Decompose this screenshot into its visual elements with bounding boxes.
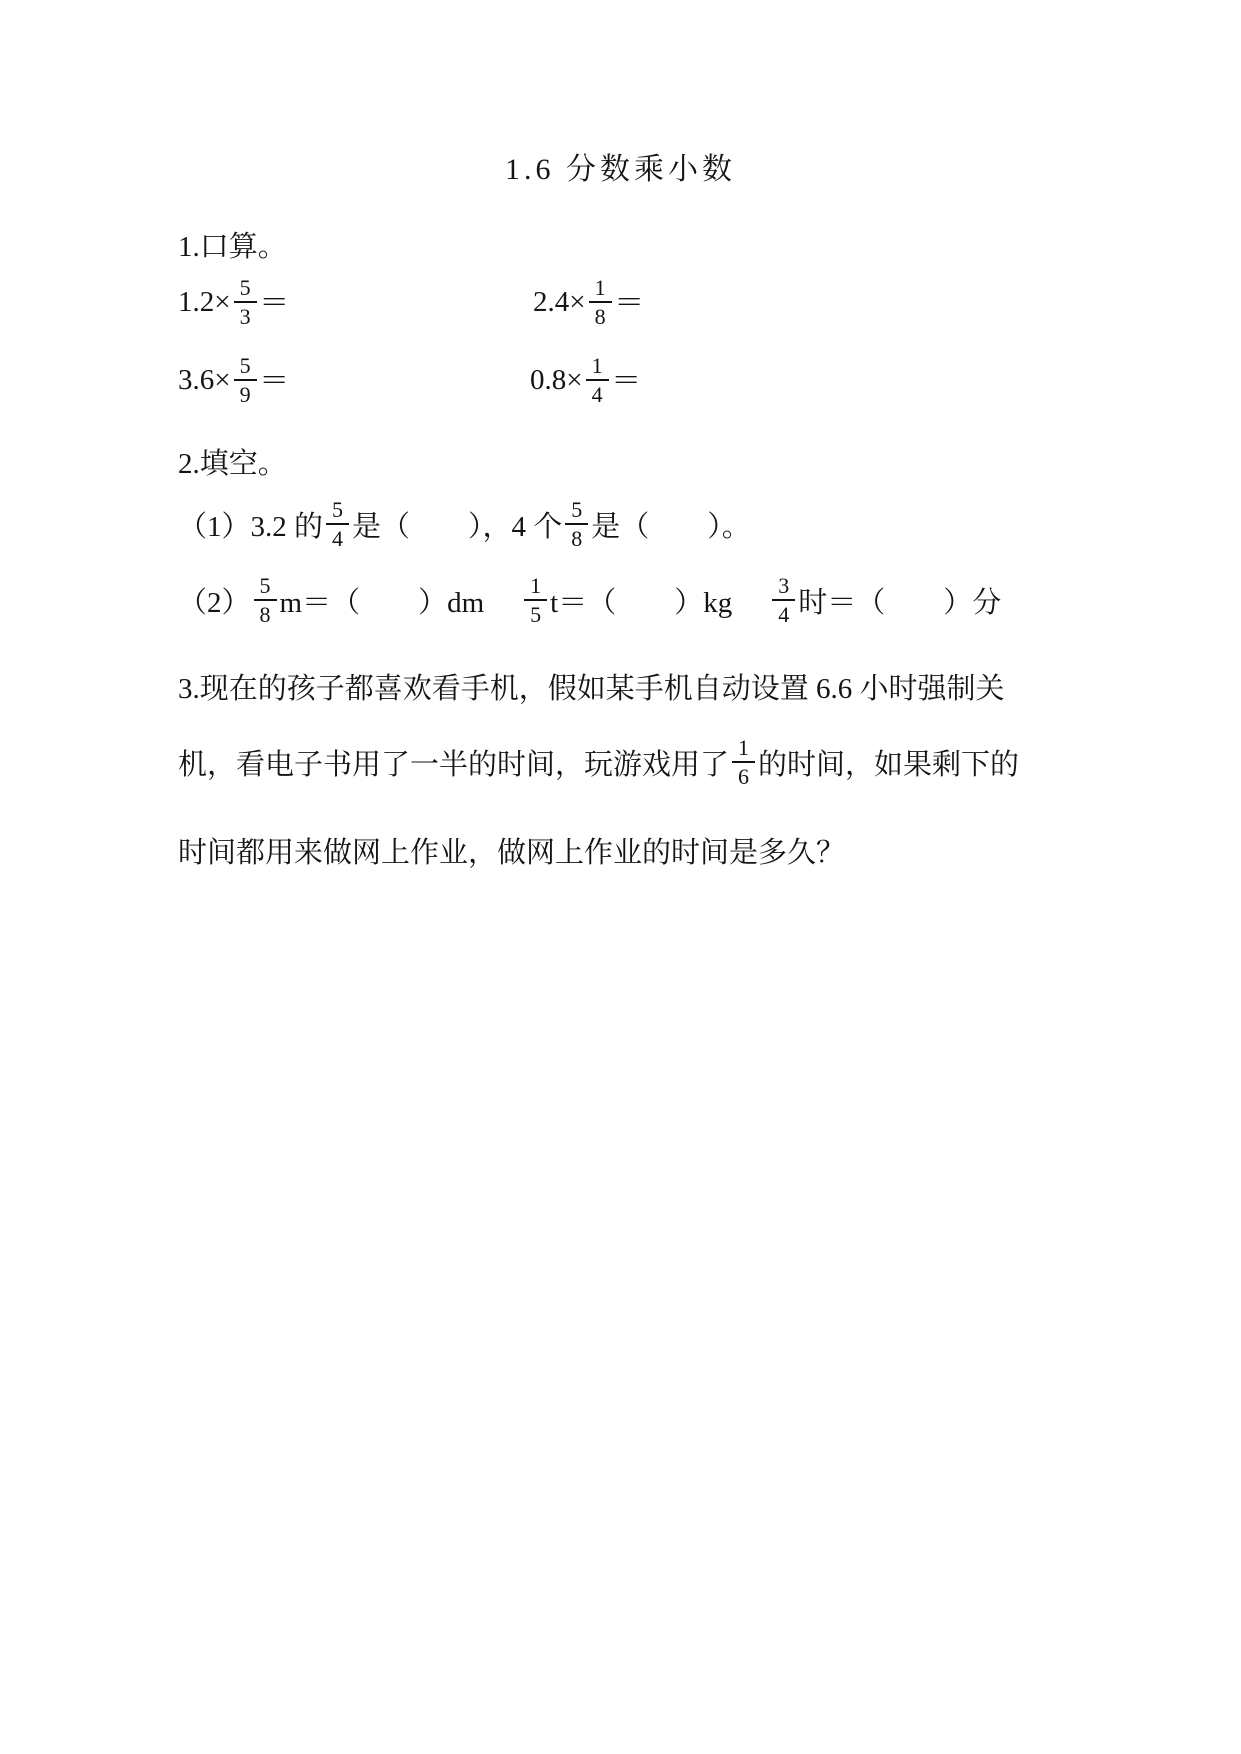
worksheet-page: 1.6 分数乘小数 1.口算。 1.2× 5 3 = 2.4× 1 8 = 3.… [0, 0, 1241, 1754]
fraction-numerator: 5 [565, 498, 588, 525]
equals-sign: = [613, 364, 638, 397]
q1-equation-2-operand: 2.4× [533, 286, 586, 319]
fraction-numerator: 1 [589, 276, 612, 303]
fraction-denominator: 5 [530, 601, 541, 626]
fraction-numerator: 5 [234, 276, 257, 303]
fraction-denominator: 6 [738, 763, 749, 788]
fraction-numerator: 5 [254, 574, 277, 601]
q2-2-blank-kg: t＝（ ）kg [550, 580, 732, 621]
q3-line-2-pre: 机，看电子书用了一半的时间，玩游戏用了 [178, 742, 729, 783]
fraction-numerator: 1 [586, 354, 609, 381]
q1-equation-1: 1.2× 5 3 = [178, 270, 288, 334]
fraction-denominator: 4 [592, 381, 603, 406]
q3-fraction-one-sixth: 1 6 [732, 736, 755, 788]
q2-2-fraction-t: 1 5 [524, 574, 547, 626]
fraction-denominator: 9 [240, 381, 251, 406]
fraction-denominator: 4 [778, 601, 789, 626]
q1-equation-1-operand: 1.2× [178, 286, 231, 319]
q2-2-blank-dm: m＝（ ）dm [280, 580, 485, 621]
q2-2-label: （2） [178, 580, 251, 621]
fraction-numerator: 3 [772, 574, 795, 601]
equals-sign: = [616, 286, 641, 319]
q1-equation-3-operand: 3.6× [178, 364, 231, 397]
q1-equation-2-fraction: 1 8 [589, 276, 612, 328]
worksheet-title: 1.6 分数乘小数 [0, 144, 1241, 188]
q1-equation-4-fraction: 1 4 [586, 354, 609, 406]
equals-sign: = [261, 364, 286, 397]
fraction-denominator: 8 [571, 525, 582, 550]
fraction-denominator: 8 [260, 601, 271, 626]
fraction-numerator: 1 [732, 736, 755, 763]
q1-equation-3-fraction: 5 9 [234, 354, 257, 406]
q1-equation-1-fraction: 5 3 [234, 276, 257, 328]
q2-1-fraction-2: 5 8 [565, 498, 588, 550]
q2-1-text-3-with-blank: 是（ ）。 [591, 504, 751, 545]
q2-subquestion-2: （2） 5 8 m＝（ ）dm 1 5 t＝（ ）kg 3 4 时＝（ ）分 [178, 568, 1001, 632]
q1-label: 1.口算。 [178, 224, 287, 265]
q1-equation-3: 3.6× 5 9 = [178, 348, 288, 412]
fraction-denominator: 4 [332, 525, 343, 550]
q3-text-line-1: 3.现在的孩子都喜欢看手机，假如某手机自动设置 6.6 小时强制关 [178, 666, 1005, 707]
fraction-denominator: 8 [595, 303, 606, 328]
q2-2-blank-minute: 时＝（ ）分 [798, 580, 1001, 621]
q1-equation-2: 2.4× 1 8 = [533, 270, 643, 334]
q2-1-fraction-1: 5 4 [326, 498, 349, 550]
q2-label: 2.填空。 [178, 441, 287, 482]
q2-1-text-1: （1）3.2 的 [178, 504, 323, 545]
equals-sign: = [261, 286, 286, 319]
q3-text-line-3: 时间都用来做网上作业，做网上作业的时间是多久？ [178, 830, 845, 871]
fraction-numerator: 1 [524, 574, 547, 601]
fraction-numerator: 5 [234, 354, 257, 381]
fraction-numerator: 5 [326, 498, 349, 525]
q2-2-fraction-hour: 3 4 [772, 574, 795, 626]
fraction-denominator: 3 [240, 303, 251, 328]
q1-equation-4: 0.8× 1 4 = [530, 348, 640, 412]
q3-text-line-2: 机，看电子书用了一半的时间，玩游戏用了 1 6 的时间，如果剩下的 [178, 730, 1019, 794]
q2-subquestion-1: （1）3.2 的 5 4 是（ ），4 个 5 8 是（ ）。 [178, 492, 751, 556]
q2-2-fraction-m: 5 8 [254, 574, 277, 626]
q1-equation-4-operand: 0.8× [530, 364, 583, 397]
q2-1-text-2-with-blank: 是（ ），4 个 [352, 504, 562, 545]
q3-line-2-post: 的时间，如果剩下的 [758, 742, 1019, 783]
